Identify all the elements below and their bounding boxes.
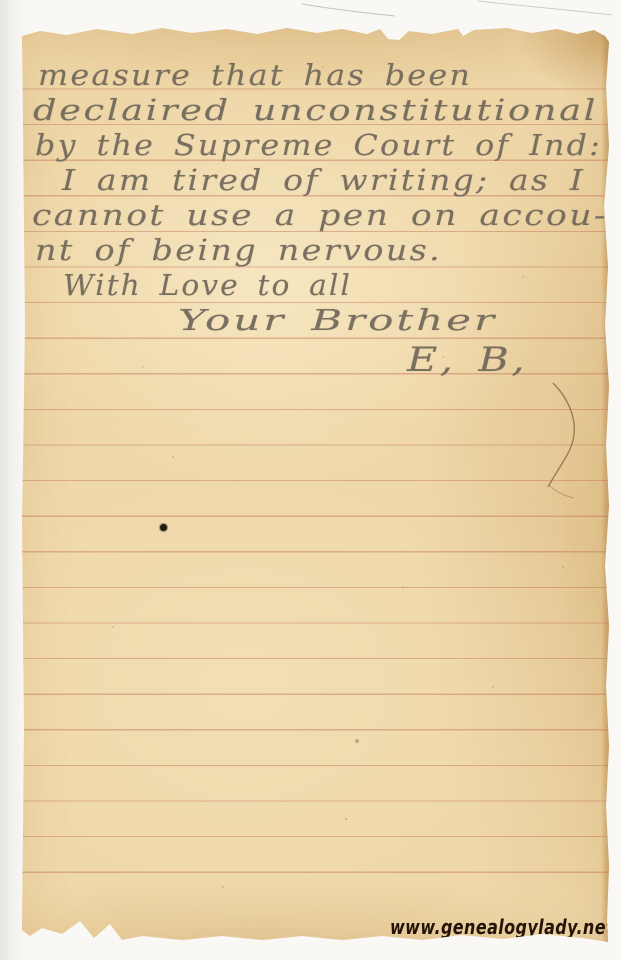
handwriting-line: measure that has been <box>38 61 472 90</box>
signature-initials: E, B, <box>407 343 527 377</box>
handwriting-line: With Love to all <box>63 271 352 300</box>
handwriting-line: cannot use a pen on accou- <box>32 201 608 230</box>
ink-blot <box>160 524 167 531</box>
watermark: www.genealogylady.net <box>390 917 614 937</box>
handwriting-line: nt of being nervous. <box>35 236 442 265</box>
handwriting-line: Your Brother <box>178 306 497 335</box>
scanner-edge-shadow <box>0 0 26 960</box>
deckle-edge <box>601 26 609 942</box>
letter-paper: measure that has been declaired unconsti… <box>22 26 609 942</box>
handwriting-line: by the Supreme Court of Ind: <box>35 131 602 160</box>
handwriting-line: I am tired of writing; as I <box>62 166 585 195</box>
handwriting-line: declaired unconstitutional <box>33 96 598 125</box>
